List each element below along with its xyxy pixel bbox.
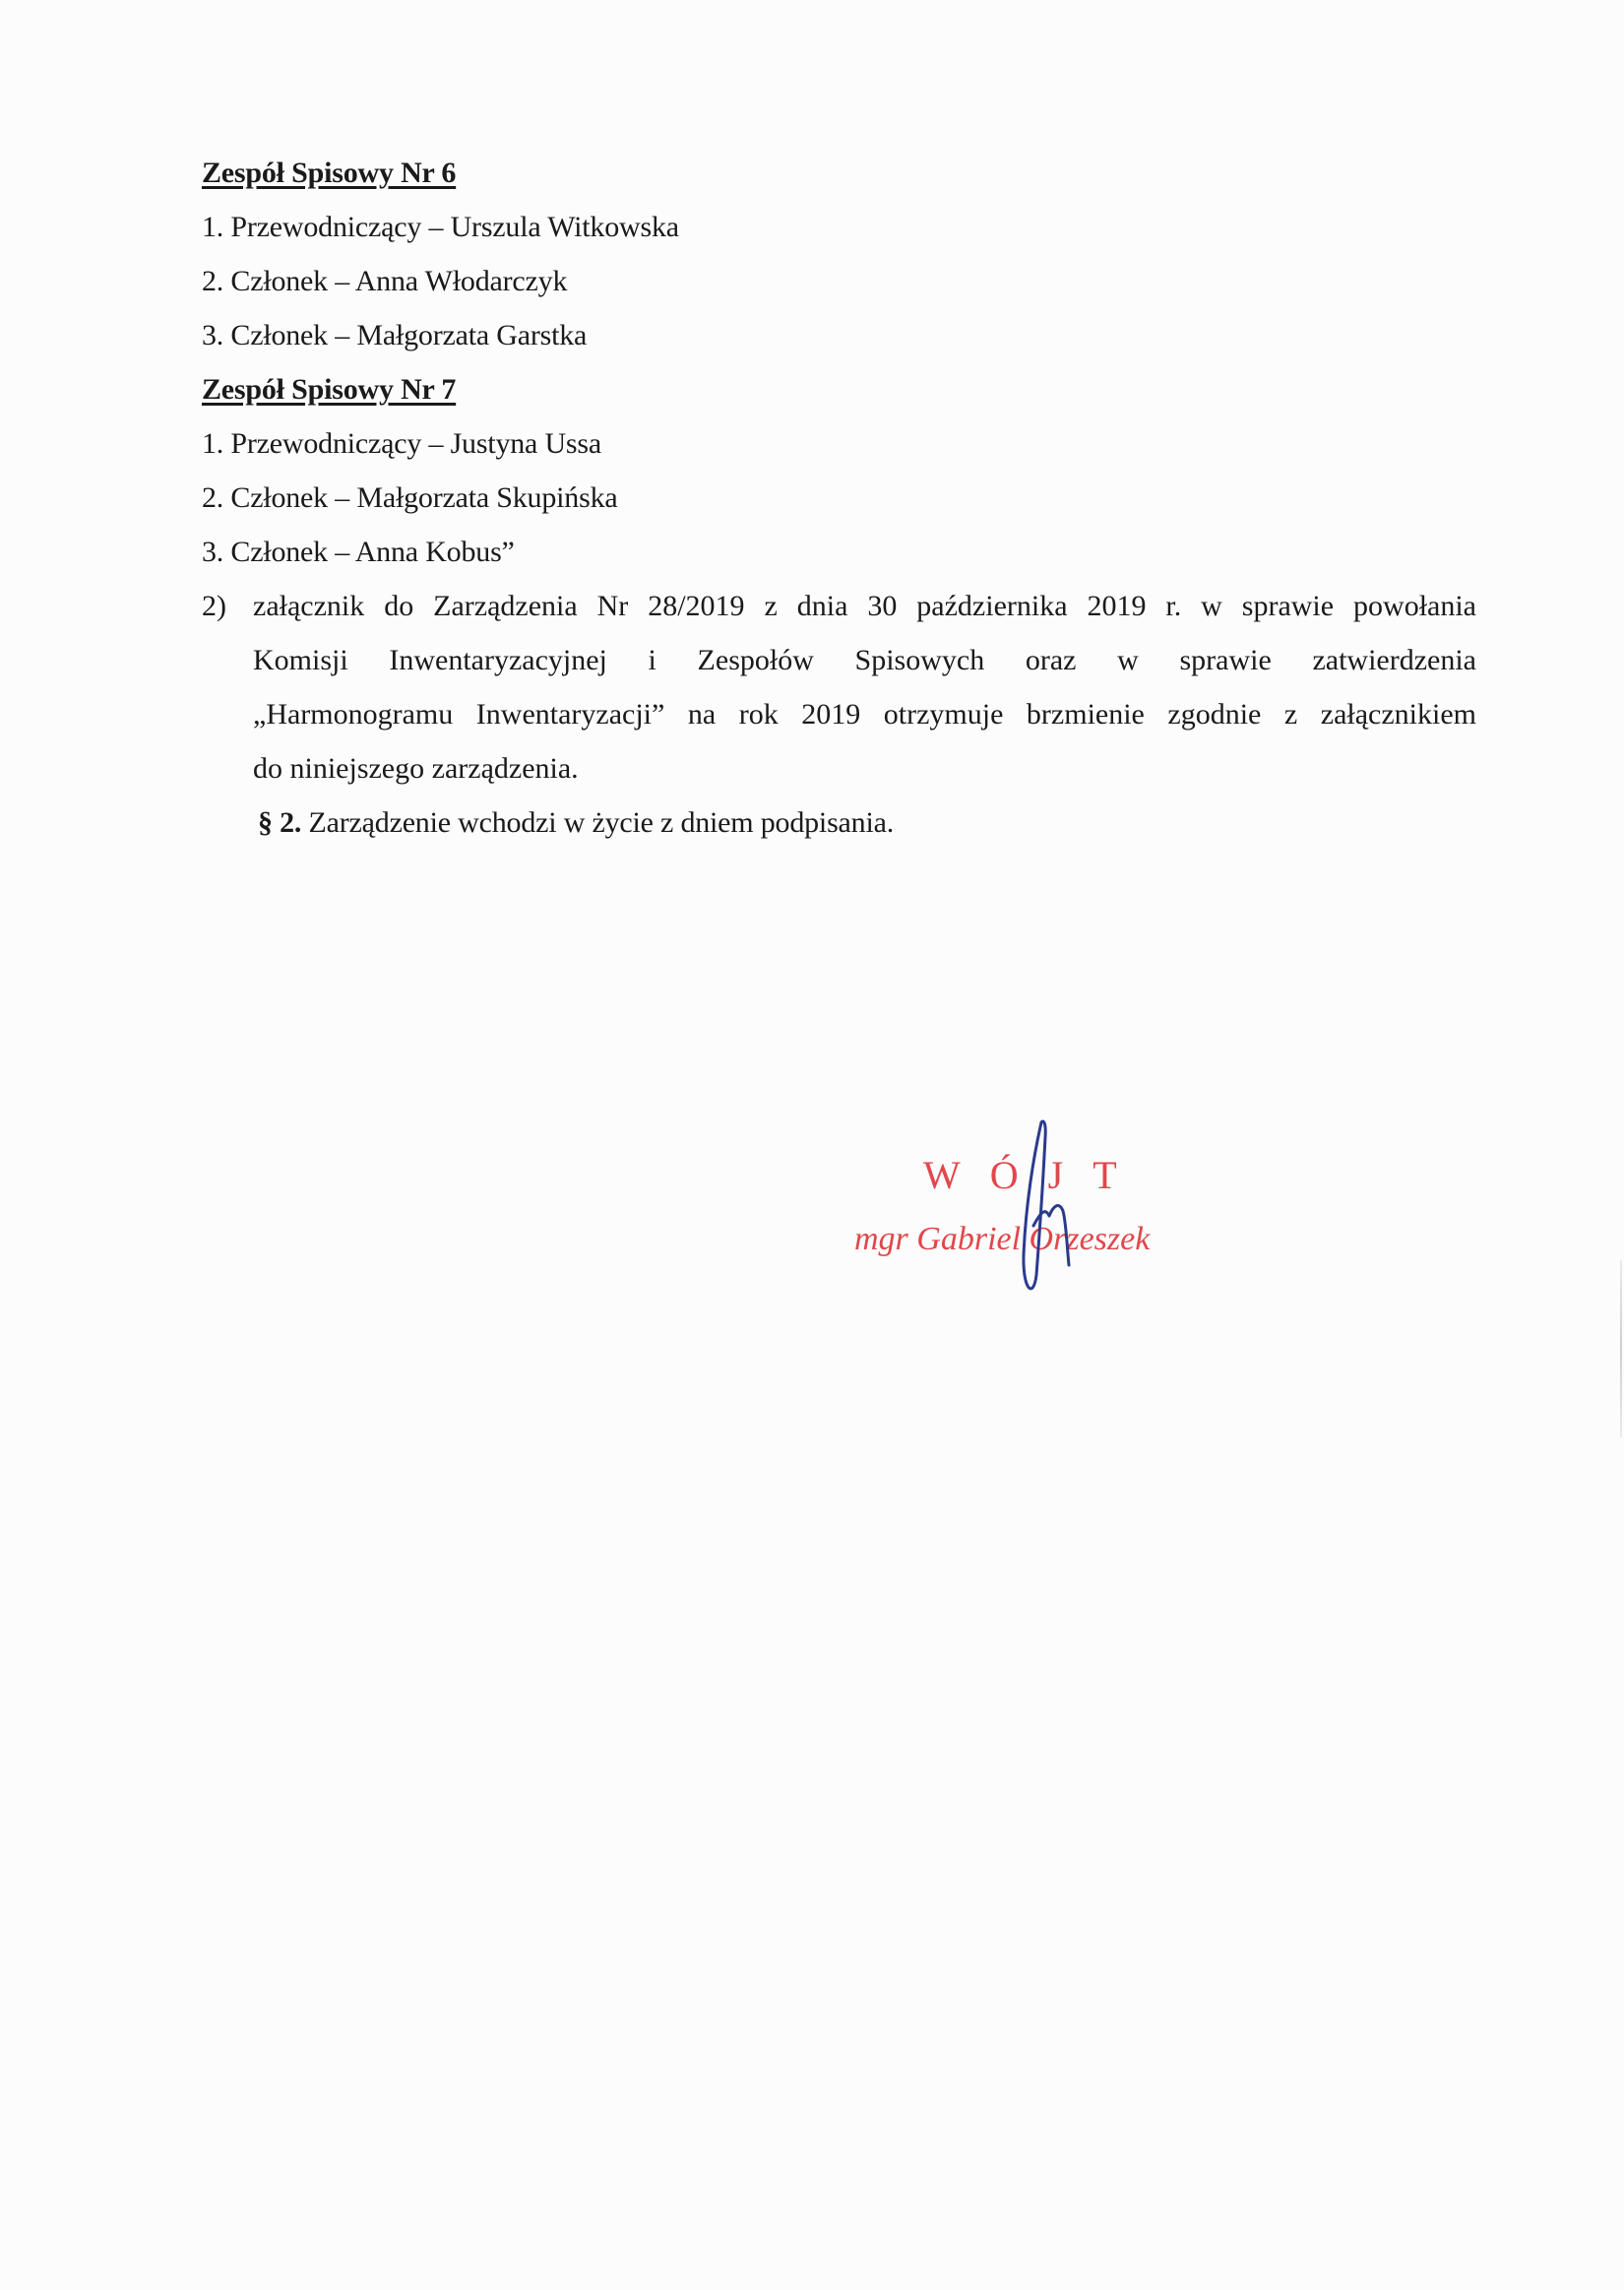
paragraph-line: do niniejszego zarządzenia. <box>253 741 1476 795</box>
point-number: 2) <box>202 579 226 633</box>
section-text: Zarządzenie wchodzi w życie z dniem podp… <box>309 806 895 839</box>
document-body: Zespół Spisowy Nr 6 1. Przewodniczący – … <box>202 146 1476 850</box>
section-2: § 2. Zarządzenie wchodzi w życie z dniem… <box>202 795 1476 850</box>
section-symbol: § 2. <box>258 806 301 839</box>
paragraph-line: Komisji Inwentaryzacyjnej i Zespołów Spi… <box>253 633 1476 687</box>
scan-edge-artifact <box>1620 1260 1622 1437</box>
team-heading: Zespół Spisowy Nr 7 <box>202 362 1476 416</box>
team-member: 1. Przewodniczący – Justyna Ussa <box>202 416 1476 471</box>
paragraph-line: załącznik do Zarządzenia Nr 28/2019 z dn… <box>253 579 1476 633</box>
paragraph-line: „Harmonogramu Inwentaryzacji” na rok 201… <box>253 687 1476 741</box>
signature-icon <box>1004 1117 1112 1304</box>
team-member: 3. Członek – Anna Kobus” <box>202 525 1476 579</box>
team-heading: Zespół Spisowy Nr 6 <box>202 146 1476 200</box>
team-member: 2. Członek – Małgorzata Skupińska <box>202 471 1476 525</box>
point-2-paragraph: 2) załącznik do Zarządzenia Nr 28/2019 z… <box>202 579 1476 795</box>
team-member: 3. Członek – Małgorzata Garstka <box>202 308 1476 362</box>
team-member: 1. Przewodniczący – Urszula Witkowska <box>202 200 1476 254</box>
team-member: 2. Członek – Anna Włodarczyk <box>202 254 1476 308</box>
